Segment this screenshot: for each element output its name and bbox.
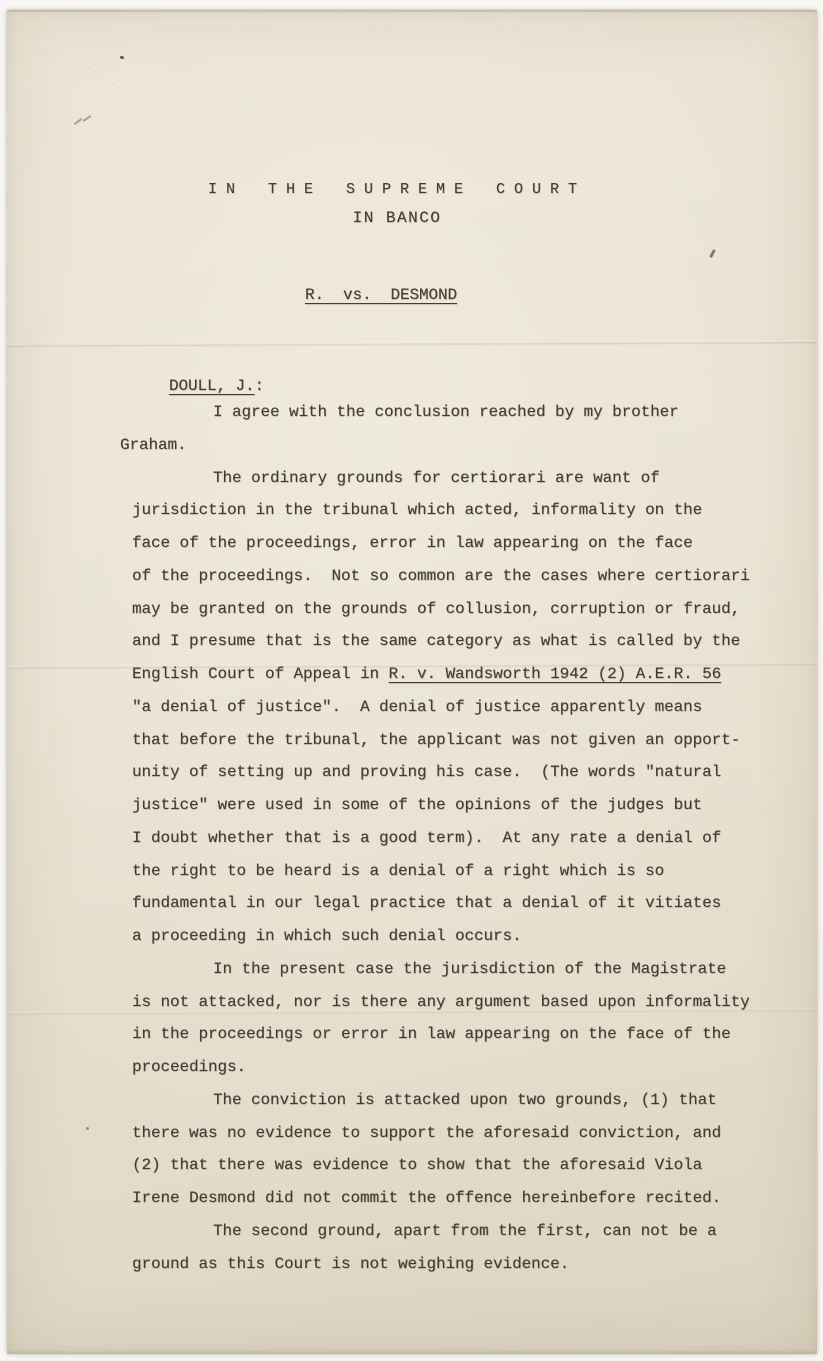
text-line: The ordinary grounds for certiorari are … xyxy=(132,462,750,495)
text-line: English Court of Appeal in R. v. Wandswo… xyxy=(132,658,750,691)
text-line: unity of setting up and proving his case… xyxy=(132,756,750,789)
text-segment: may be granted on the grounds of collusi… xyxy=(132,600,740,618)
text-segment: I agree with the conclusion reached by m… xyxy=(213,403,679,421)
text-segment: ground as this Court is not weighing evi… xyxy=(132,1255,569,1273)
text-segment: Graham. xyxy=(120,436,187,454)
court-division-heading: IN BANCO xyxy=(0,209,794,227)
text-segment: "a denial of justice". A denial of justi… xyxy=(132,698,702,716)
ink-speck xyxy=(120,55,125,59)
text-segment: face of the proceedings, error in law ap… xyxy=(132,534,693,552)
case-title: R. vs. DESMOND xyxy=(0,286,762,304)
text-line: jurisdiction in the tribunal which acted… xyxy=(132,494,750,527)
case-citation: R. v. Wandsworth 1942 (2) A.E.R. 56 xyxy=(389,665,722,683)
text-segment: fundamental in our legal practice that a… xyxy=(132,894,721,912)
text-line: (2) that there was evidence to show that… xyxy=(132,1149,750,1182)
text-segment: proceedings. xyxy=(132,1058,246,1076)
court-heading: IN THE SUPREME COURT xyxy=(0,181,794,198)
text-segment: I doubt whether that is a good term). At… xyxy=(132,829,721,847)
scanned-document-content: IN THE SUPREME COURT IN BANCO R. vs. DES… xyxy=(0,0,823,1361)
text-line: The second ground, apart from the first,… xyxy=(132,1215,750,1248)
text-line: is not attacked, nor is there any argume… xyxy=(132,986,750,1019)
text-segment: The ordinary grounds for certiorari are … xyxy=(213,469,660,487)
text-line: "a denial of justice". A denial of justi… xyxy=(132,691,750,724)
text-segment: a proceeding in which such denial occurs… xyxy=(132,927,522,945)
text-segment: that before the tribunal, the applicant … xyxy=(132,731,740,749)
pencil-mark xyxy=(74,118,83,125)
text-segment: jurisdiction in the tribunal which acted… xyxy=(132,501,702,519)
text-line: In the present case the jurisdiction of … xyxy=(132,953,750,986)
pencil-mark xyxy=(83,115,92,122)
ink-speck xyxy=(709,249,715,258)
text-line: may be granted on the grounds of collusi… xyxy=(132,593,750,626)
text-line: Irene Desmond did not commit the offence… xyxy=(132,1182,750,1215)
text-segment: is not attacked, nor is there any argume… xyxy=(132,993,750,1011)
text-line: the right to be heard is a denial of a r… xyxy=(132,855,750,888)
text-segment: unity of setting up and proving his case… xyxy=(132,763,721,781)
text-segment: the right to be heard is a denial of a r… xyxy=(132,862,664,880)
text-line: The conviction is attacked upon two grou… xyxy=(132,1084,750,1117)
text-line: in the proceedings or error in law appea… xyxy=(132,1018,750,1051)
document-body: I agree with the conclusion reached by m… xyxy=(132,396,750,1280)
text-segment: (2) that there was evidence to show that… xyxy=(132,1156,702,1174)
text-line: a proceeding in which such denial occurs… xyxy=(132,920,750,953)
text-line: Graham. xyxy=(120,429,750,462)
text-segment: in the proceedings or error in law appea… xyxy=(132,1025,731,1043)
ink-speck xyxy=(86,1127,89,1130)
text-line: of the proceedings. Not so common are th… xyxy=(132,560,750,593)
text-line: and I presume that is the same category … xyxy=(132,625,750,658)
text-segment: The conviction is attacked upon two grou… xyxy=(213,1091,717,1109)
text-segment: of the proceedings. Not so common are th… xyxy=(132,567,750,585)
text-segment: and I presume that is the same category … xyxy=(132,632,740,650)
text-segment: Irene Desmond did not commit the offence… xyxy=(132,1189,721,1207)
text-line: that before the tribunal, the applicant … xyxy=(132,724,750,757)
text-segment: there was no evidence to support the afo… xyxy=(132,1124,721,1142)
text-line: I agree with the conclusion reached by m… xyxy=(132,396,750,429)
text-line: I doubt whether that is a good term). At… xyxy=(132,822,750,855)
text-line: face of the proceedings, error in law ap… xyxy=(132,527,750,560)
text-segment: The second ground, apart from the first,… xyxy=(213,1222,717,1240)
text-segment: In the present case the jurisdiction of … xyxy=(213,960,726,978)
judge-name-punctuation: : xyxy=(255,377,265,395)
text-segment: English Court of Appeal in xyxy=(132,665,389,683)
text-line: proceedings. xyxy=(132,1051,750,1084)
text-line: there was no evidence to support the afo… xyxy=(132,1117,750,1150)
text-line: ground as this Court is not weighing evi… xyxy=(132,1248,750,1281)
text-line: fundamental in our legal practice that a… xyxy=(132,887,750,920)
judge-name: DOULL, J. xyxy=(169,377,255,395)
text-line: justice" were used in some of the opinio… xyxy=(132,789,750,822)
text-segment: justice" were used in some of the opinio… xyxy=(132,796,702,814)
